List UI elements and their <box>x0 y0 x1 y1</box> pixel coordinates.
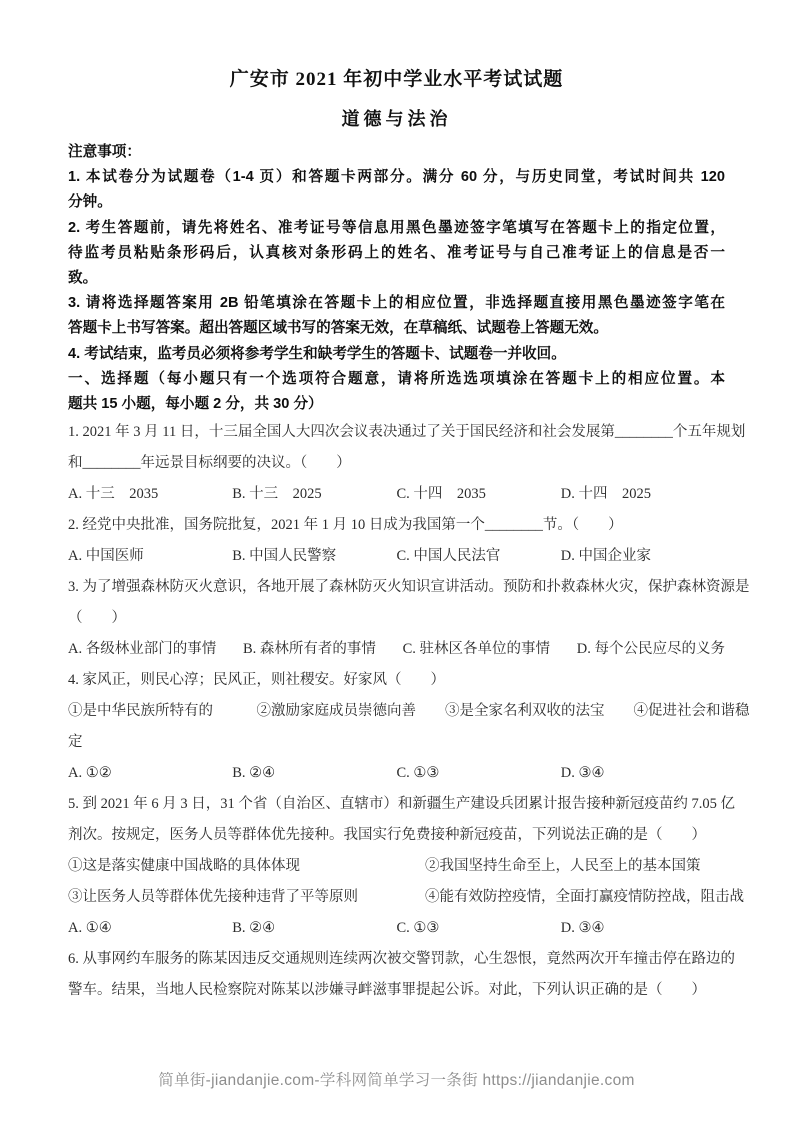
option-c: C. ①③ <box>397 758 561 789</box>
option-c: C. 中国人民法官 <box>397 541 561 572</box>
section-choice-heading: 题共 15 小题，每小题 2 分，共 30 分） <box>68 392 725 417</box>
notice-line: 答题卡上书写答案。超出答题区域书写的答案无效，在草稿纸、试题卷上答题无效。 <box>68 316 725 341</box>
question-2: 2. 经党中央批准，国务院批复，2021 年 1 月 10 日成为我国第一个__… <box>68 510 725 572</box>
question-stem-line: 2. 经党中央批准，国务院批复，2021 年 1 月 10 日成为我国第一个__… <box>68 510 725 541</box>
options-row: A. 十三 2035 B. 十三 2025 C. 十四 2035 D. 十四 2… <box>68 479 725 510</box>
notice-section: 注意事项： 1. 本试卷分为试题卷（1-4 页）和答题卡两部分。满分 60 分，… <box>68 140 725 417</box>
sub-items-row: ①这是落实健康中国战略的具体体现 ②我国坚持生命至上，人民至上的基本国策 <box>68 851 725 882</box>
option-a: A. 十三 2035 <box>68 479 232 510</box>
question-5: 5. 到 2021 年 6 月 3 日，31 个省（自治区、直辖市）和新疆生产建… <box>68 789 725 944</box>
question-3: 3. 为了增强森林防灭火意识，各地开展了森林防灭火知识宣讲活动。预防和扑救森林火… <box>68 572 725 665</box>
question-stem-line: 剂次。按规定，医务人员等群体优先接种。我国实行免费接种新冠疫苗，下列说法正确的是… <box>68 820 725 851</box>
question-stem-line: （ ） <box>68 603 725 634</box>
exam-paper-page: 广安市 2021 年初中学业水平考试试题 道德与法治 注意事项： 1. 本试卷分… <box>68 0 725 1006</box>
option-a: A. 中国医师 <box>68 541 232 572</box>
options-row: A. 各级林业部门的事情 B. 森林所有者的事情 C. 驻林区各单位的事情 D.… <box>68 634 725 665</box>
option-b: B. 森林所有者的事情 <box>243 634 376 665</box>
sub-items-row: ③让医务人员等群体优先接种违背了平等原则 ④能有效防控疫情，全面打赢疫情防控战，… <box>68 882 725 913</box>
option-b: B. 十三 2025 <box>232 479 396 510</box>
options-row: A. ①② B. ②④ C. ①③ D. ③④ <box>68 758 725 789</box>
option-c: C. 驻林区各单位的事情 <box>403 634 550 665</box>
question-1: 1. 2021 年 3 月 11 日，十三届全国人大四次会议表决通过了关于国民经… <box>68 417 725 510</box>
notice-line: 4. 考试结束，监考员必须将参考学生和缺考学生的答题卡、试题卷一并收回。 <box>68 342 725 367</box>
notice-line: 1. 本试卷分为试题卷（1-4 页）和答题卡两部分。满分 60 分，与历史同堂，… <box>68 165 725 190</box>
option-d: D. 十四 2025 <box>561 479 725 510</box>
question-stem-line: 1. 2021 年 3 月 11 日，十三届全国人大四次会议表决通过了关于国民经… <box>68 417 725 448</box>
option-b: B. ②④ <box>232 913 396 944</box>
question-4: 4. 家风正，则民心淳；民风正，则社稷安。好家风（ ） ①是中华民族所特有的 ②… <box>68 665 725 789</box>
page-subtitle: 道德与法治 <box>68 106 725 132</box>
option-a: A. 各级林业部门的事情 <box>68 634 216 665</box>
sub-item-4: ④能有效防控疫情，全面打赢疫情防控战，阻击战 <box>425 882 744 913</box>
sub-items-line: ①是中华民族所特有的 ②激励家庭成员崇德向善 ③是全家名利双收的法宝 ④促进社会… <box>68 696 725 727</box>
questions-section: 1. 2021 年 3 月 11 日，十三届全国人大四次会议表决通过了关于国民经… <box>68 417 725 1006</box>
option-b: B. ②④ <box>232 758 396 789</box>
sub-item-2: ②我国坚持生命至上，人民至上的基本国策 <box>425 851 725 882</box>
notice-line: 2. 考生答题前，请先将姓名、准考证号等信息用黑色墨迹签字笔填写在答题卡上的指定… <box>68 216 725 241</box>
footer-watermark: 简单街-jiandanjie.com-学科网简单学习一条街 https://ji… <box>0 1068 793 1090</box>
option-c: C. 十四 2035 <box>397 479 561 510</box>
option-d: D. ③④ <box>561 913 725 944</box>
notice-line: 致。 <box>68 266 725 291</box>
notice-heading: 注意事项： <box>68 140 725 165</box>
sub-item-3: ③让医务人员等群体优先接种违背了平等原则 <box>68 882 425 913</box>
question-stem-line: 3. 为了增强森林防灭火意识，各地开展了森林防灭火知识宣讲活动。预防和扑救森林火… <box>68 572 725 603</box>
option-d: D. 中国企业家 <box>561 541 725 572</box>
question-stem-line: 4. 家风正，则民心淳；民风正，则社稷安。好家风（ ） <box>68 665 725 696</box>
option-d: D. ③④ <box>561 758 725 789</box>
question-stem-line: 6. 从事网约车服务的陈某因违反交通规则连续两次被交警罚款，心生怨恨，竟然两次开… <box>68 944 725 975</box>
options-row: A. 中国医师 B. 中国人民警察 C. 中国人民法官 D. 中国企业家 <box>68 541 725 572</box>
question-stem-line: 5. 到 2021 年 6 月 3 日，31 个省（自治区、直辖市）和新疆生产建… <box>68 789 725 820</box>
option-c: C. ①③ <box>397 913 561 944</box>
notice-line: 待监考员粘贴条形码后，认真核对条形码上的姓名、准考证号与自己准考证上的信息是否一 <box>68 241 725 266</box>
page-title: 广安市 2021 年初中学业水平考试试题 <box>68 0 725 94</box>
option-b: B. 中国人民警察 <box>232 541 396 572</box>
section-choice-heading: 一、选择题（每小题只有一个选项符合题意，请将所选选项填涂在答题卡上的相应位置。本 <box>68 367 725 392</box>
option-d: D. 每个公民应尽的义务 <box>577 634 725 665</box>
question-6: 6. 从事网约车服务的陈某因违反交通规则连续两次被交警罚款，心生怨恨，竟然两次开… <box>68 944 725 1006</box>
question-stem-line: 和________年远景目标纲要的决议。（ ） <box>68 448 725 479</box>
option-a: A. ①④ <box>68 913 232 944</box>
sub-item-1: ①这是落实健康中国战略的具体体现 <box>68 851 425 882</box>
notice-line: 3. 请将选择题答案用 2B 铅笔填涂在答题卡上的相应位置，非选择题直接用黑色墨… <box>68 291 725 316</box>
notice-line: 分钟。 <box>68 190 725 215</box>
option-a: A. ①② <box>68 758 232 789</box>
question-stem-line: 警车。结果，当地人民检察院对陈某以涉嫌寻衅滋事罪提起公诉。对此，下列认识正确的是… <box>68 975 725 1006</box>
options-row: A. ①④ B. ②④ C. ①③ D. ③④ <box>68 913 725 944</box>
sub-items-line: 定 <box>68 727 725 758</box>
